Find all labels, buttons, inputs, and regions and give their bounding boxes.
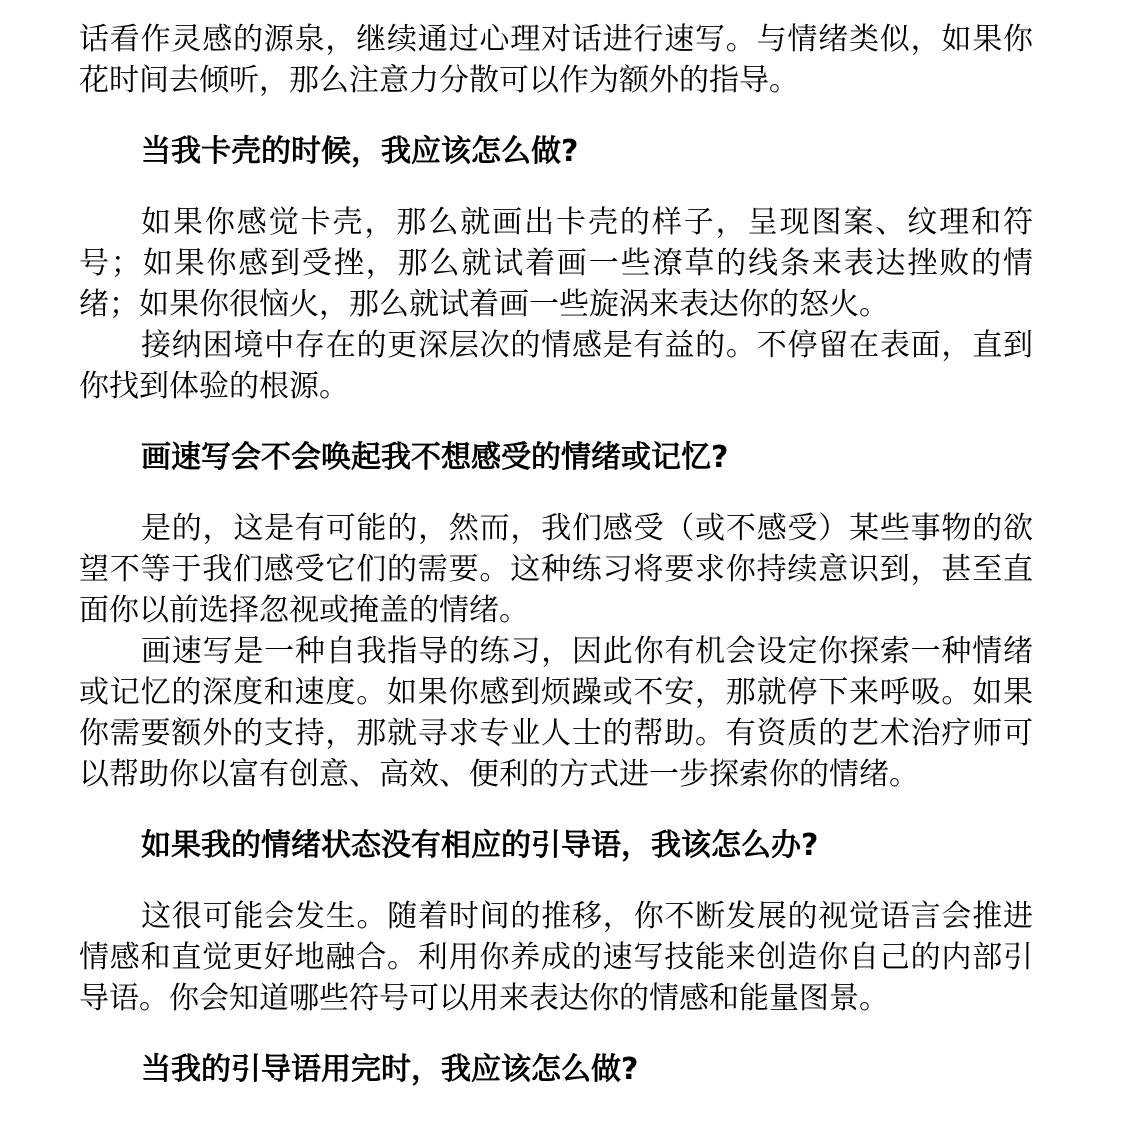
paragraph-continuation: 话看作灵感的源泉，继续通过心理对话进行速写。与情绪类似，如果你花时间去倾听，那么… — [79, 19, 1033, 101]
paragraph-stuck-advice: 如果你感觉卡壳，那么就画出卡壳的样子，呈现图案、纹理和符号；如果你感到受挫，那么… — [79, 202, 1033, 325]
paragraph-self-guided: 画速写是一种自我指导的练习，因此你有机会设定你探索一种情绪或记忆的深度和速度。如… — [79, 631, 1033, 795]
section-heading-stuck: 当我卡壳的时候，我应该怎么做? — [79, 131, 1033, 172]
section-heading-prompts-used-up: 当我的引导语用完时，我应该怎么做? — [79, 1049, 1033, 1090]
section-heading-no-prompt: 如果我的情绪状态没有相应的引导语，我该怎么办? — [79, 825, 1033, 866]
paragraph-create-own-prompts: 这很可能会发生。随着时间的推移，你不断发展的视觉语言会推进情感和直觉更好地融合。… — [79, 896, 1033, 1019]
paragraph-embrace-difficulty: 接纳困境中存在的更深层次的情感是有益的。不停留在表面，直到你找到体验的根源。 — [79, 325, 1033, 407]
document-page: 话看作灵感的源泉，继续通过心理对话进行速写。与情绪类似，如果你花时间去倾听，那么… — [79, 19, 1033, 1090]
paragraph-possible-emotions: 是的，这是有可能的，然而，我们感受（或不感受）某些事物的欲望不等于我们感受它们的… — [79, 508, 1033, 631]
section-heading-unwanted-emotions: 画速写会不会唤起我不想感受的情绪或记忆? — [79, 437, 1033, 478]
